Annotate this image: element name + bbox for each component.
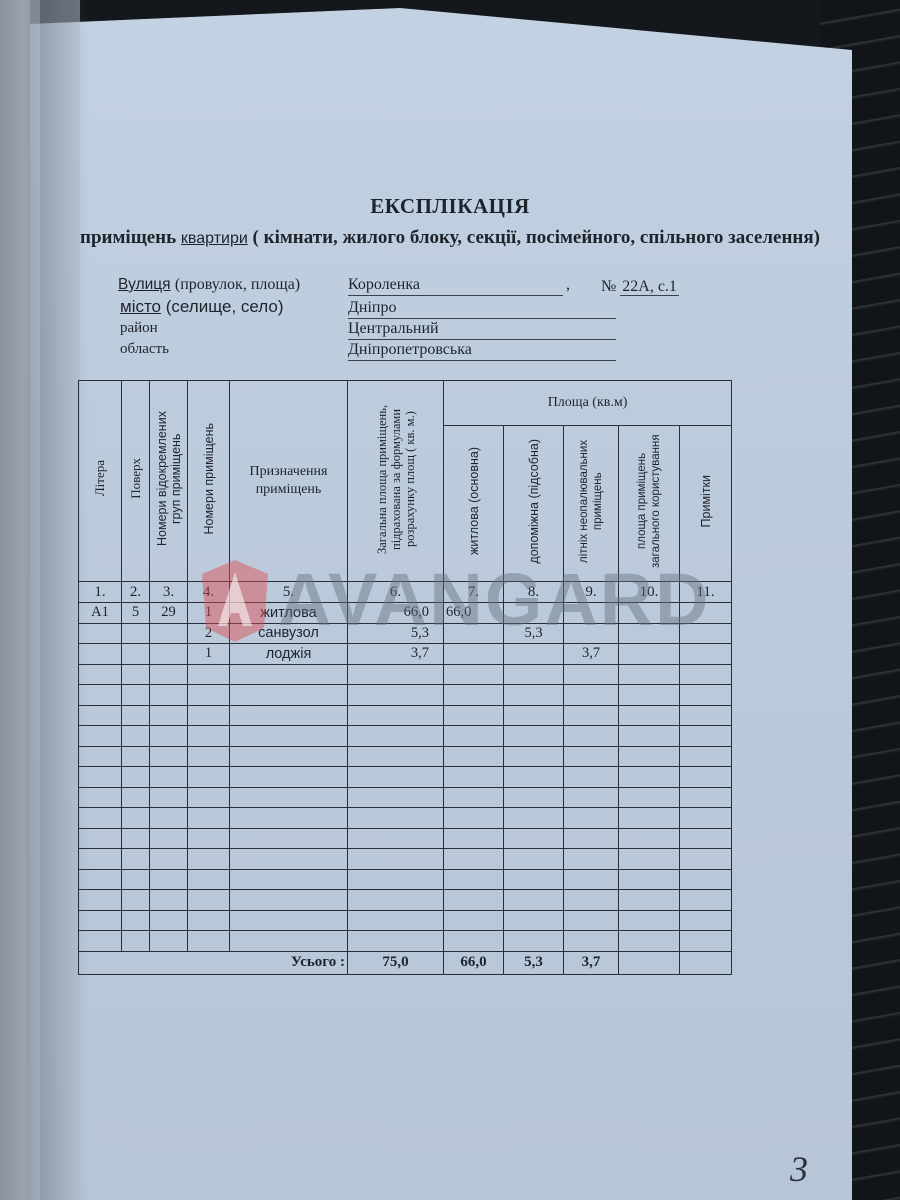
table-row-empty (79, 685, 732, 706)
table-row-empty (79, 849, 732, 870)
cell-litera (79, 623, 122, 644)
cell-empty (564, 931, 619, 952)
cell-empty (79, 726, 122, 747)
cell-notes (680, 644, 732, 665)
table-row: 1лоджія3,73,7 (79, 644, 732, 665)
cell-empty (230, 685, 348, 706)
cell-empty (230, 931, 348, 952)
column-number: 1. (79, 582, 122, 603)
cell-empty (122, 808, 150, 829)
totals-summer: 3,7 (564, 951, 619, 974)
cell-empty (444, 828, 504, 849)
cell-empty (188, 808, 230, 829)
cell-empty (619, 910, 680, 931)
cell-empty (150, 767, 188, 788)
cell-empty (230, 787, 348, 808)
cell-empty (79, 664, 122, 685)
cell-empty (150, 931, 188, 952)
cell-empty (504, 726, 564, 747)
cell-empty (680, 869, 732, 890)
cell-empty (564, 746, 619, 767)
cell-empty (444, 808, 504, 829)
table-row-empty (79, 869, 732, 890)
column-number: 5. (230, 582, 348, 603)
cell-empty (348, 746, 444, 767)
cell-empty (150, 664, 188, 685)
cell-empty (150, 890, 188, 911)
cell-empty (188, 890, 230, 911)
cell-empty (230, 767, 348, 788)
cell-empty (619, 890, 680, 911)
cell-empty (504, 787, 564, 808)
header-total-area: Загальна площа приміщень, підрахована за… (348, 381, 444, 582)
cell-empty (564, 869, 619, 890)
cell-empty (188, 787, 230, 808)
cell-empty (150, 705, 188, 726)
header-common: площа приміщень загального користування (619, 426, 680, 582)
totals-common (619, 951, 680, 974)
totals-notes (680, 951, 732, 974)
cell-empty (564, 910, 619, 931)
totals-label: Усього : (79, 951, 348, 974)
cell-empty (79, 910, 122, 931)
cell-empty (564, 828, 619, 849)
header-rooms: Номери приміщень (188, 381, 230, 582)
cell-empty (504, 869, 564, 890)
cell-empty (150, 787, 188, 808)
cell-summer: 3,7 (564, 644, 619, 665)
cell-empty (504, 808, 564, 829)
cell-empty (230, 664, 348, 685)
cell-summer (564, 603, 619, 624)
cell-empty (680, 808, 732, 829)
cell-aux (504, 644, 564, 665)
number-value: 22А, с.1 (620, 278, 679, 296)
cell-empty (504, 746, 564, 767)
cell-empty (188, 664, 230, 685)
cell-empty (122, 767, 150, 788)
cell-empty (188, 746, 230, 767)
totals-row: Усього :75,066,05,33,7 (79, 951, 732, 974)
cell-empty (564, 808, 619, 829)
cell-empty (444, 787, 504, 808)
cell-common (619, 623, 680, 644)
header-purpose: Призначення приміщень (230, 381, 348, 582)
cell-purpose: санвузол (230, 623, 348, 644)
column-number: 3. (150, 582, 188, 603)
cell-empty (230, 808, 348, 829)
cell-living: 66,0 (444, 603, 504, 624)
table-row-empty (79, 746, 732, 767)
cell-empty (150, 726, 188, 747)
cell-empty (619, 664, 680, 685)
cell-empty (564, 705, 619, 726)
cell-empty (188, 705, 230, 726)
cell-empty (79, 685, 122, 706)
street-label: Вулиця (провулок, площа) (118, 276, 300, 294)
cell-empty (680, 664, 732, 685)
cell-aux (504, 603, 564, 624)
cell-empty (504, 828, 564, 849)
cell-aux: 5,3 (504, 623, 564, 644)
column-number: 7. (444, 582, 504, 603)
cell-empty (79, 787, 122, 808)
cell-empty (504, 931, 564, 952)
cell-empty (680, 746, 732, 767)
subtitle-prefix: приміщень (80, 227, 176, 248)
table-row-empty (79, 767, 732, 788)
city-label: місто (селище, село) (120, 297, 284, 317)
table-row: 2санвузол5,35,3 (79, 623, 732, 644)
cell-empty (122, 890, 150, 911)
explication-table: Літера Поверх Номери відокремлених груп … (78, 380, 732, 975)
cell-floor (122, 644, 150, 665)
cell-empty (348, 808, 444, 829)
cell-empty (348, 705, 444, 726)
subtitle-rest: ( кімнати, жилого блоку, секції, посімей… (253, 227, 820, 248)
cell-empty (79, 931, 122, 952)
cell-empty (348, 890, 444, 911)
totals-aux: 5,3 (504, 951, 564, 974)
table-row-empty (79, 828, 732, 849)
table-row-empty (79, 726, 732, 747)
cell-empty (680, 787, 732, 808)
totals-total: 75,0 (348, 951, 444, 974)
number-label: № (601, 278, 616, 295)
cell-empty (444, 685, 504, 706)
cell-empty (348, 664, 444, 685)
cell-empty (444, 767, 504, 788)
cell-empty (188, 685, 230, 706)
cell-empty (504, 664, 564, 685)
cell-empty (444, 705, 504, 726)
cell-empty (188, 828, 230, 849)
cell-empty (680, 890, 732, 911)
table-row-empty (79, 808, 732, 829)
cell-empty (348, 726, 444, 747)
cell-room: 2 (188, 623, 230, 644)
cell-empty (150, 869, 188, 890)
handwritten-page-number: 3 (790, 1148, 808, 1190)
cell-empty (564, 685, 619, 706)
cell-empty (619, 705, 680, 726)
cell-room: 1 (188, 644, 230, 665)
cell-empty (619, 685, 680, 706)
table-row-empty (79, 890, 732, 911)
cell-empty (680, 910, 732, 931)
district-value: Центральний (348, 320, 616, 340)
cell-summer (564, 623, 619, 644)
street-label-rest: (провулок, площа) (175, 276, 300, 293)
cell-empty (122, 931, 150, 952)
cell-empty (619, 869, 680, 890)
cell-empty (122, 746, 150, 767)
cell-litera: А1 (79, 603, 122, 624)
cell-empty (564, 890, 619, 911)
cell-empty (150, 849, 188, 870)
cell-empty (150, 685, 188, 706)
table-row-empty (79, 910, 732, 931)
cell-empty (79, 849, 122, 870)
cell-empty (680, 849, 732, 870)
cell-empty (444, 869, 504, 890)
cell-empty (564, 849, 619, 870)
cell-empty (79, 828, 122, 849)
cell-empty (122, 726, 150, 747)
cell-empty (564, 767, 619, 788)
cell-empty (348, 910, 444, 931)
cell-living (444, 644, 504, 665)
cell-group: 29 (150, 603, 188, 624)
column-number: 6. (348, 582, 444, 603)
cell-empty (230, 746, 348, 767)
header-summer: літніх неопалювальних приміщень (564, 426, 619, 582)
header-groups: Номери відокремлених груп приміщень (150, 381, 188, 582)
city-label-main: місто (120, 297, 161, 316)
column-number: 9. (564, 582, 619, 603)
street-comma: , (566, 276, 570, 294)
document-title: ЕКСПЛІКАЦІЯ (0, 194, 900, 219)
cell-empty (230, 726, 348, 747)
cell-common (619, 644, 680, 665)
header-area-group: Площа (кв.м) (444, 381, 732, 426)
cell-empty (122, 685, 150, 706)
cell-empty (188, 910, 230, 931)
cell-empty (348, 849, 444, 870)
cell-group (150, 623, 188, 644)
cell-empty (444, 931, 504, 952)
cell-empty (348, 685, 444, 706)
cell-empty (150, 808, 188, 829)
table-row-empty (79, 787, 732, 808)
cell-empty (79, 869, 122, 890)
cell-empty (122, 787, 150, 808)
cell-empty (79, 890, 122, 911)
cell-empty (504, 767, 564, 788)
cell-empty (619, 767, 680, 788)
cell-empty (348, 828, 444, 849)
column-number: 2. (122, 582, 150, 603)
cell-empty (79, 808, 122, 829)
column-number: 10. (619, 582, 680, 603)
cell-litera (79, 644, 122, 665)
cell-empty (348, 787, 444, 808)
cell-empty (619, 828, 680, 849)
cell-empty (150, 828, 188, 849)
cell-empty (444, 664, 504, 685)
header-floor: Поверх (122, 381, 150, 582)
cell-empty (444, 849, 504, 870)
cell-empty (619, 931, 680, 952)
region-value: Дніпропетровська (348, 341, 616, 361)
district-label: район (120, 320, 158, 337)
column-number: 8. (504, 582, 564, 603)
cell-empty (619, 746, 680, 767)
cell-empty (230, 890, 348, 911)
cell-empty (504, 849, 564, 870)
table-row-empty (79, 931, 732, 952)
city-label-rest: (селище, село) (166, 297, 284, 316)
cell-empty (444, 746, 504, 767)
cell-empty (504, 910, 564, 931)
cell-empty (230, 705, 348, 726)
cell-empty (504, 705, 564, 726)
cell-empty (564, 787, 619, 808)
cell-empty (79, 746, 122, 767)
cell-empty (188, 726, 230, 747)
cell-empty (680, 685, 732, 706)
header-auxiliary: допоміжна (підсобна) (504, 426, 564, 582)
cell-empty (188, 869, 230, 890)
cell-empty (348, 931, 444, 952)
column-number-row: 1.2.3.4.5.6.7.8.9.10.11. (79, 582, 732, 603)
header-litera: Літера (79, 381, 122, 582)
cell-empty (680, 705, 732, 726)
table-row: А15291житлова66,066,0 (79, 603, 732, 624)
cell-empty (619, 787, 680, 808)
cell-empty (79, 767, 122, 788)
cell-empty (348, 767, 444, 788)
cell-empty (188, 767, 230, 788)
cell-empty (122, 664, 150, 685)
cell-empty (348, 869, 444, 890)
cell-empty (680, 931, 732, 952)
street-label-main: Вулиця (118, 276, 171, 293)
building-number: № 22А, с.1 (601, 278, 679, 296)
cell-total: 3,7 (348, 644, 444, 665)
column-number: 4. (188, 582, 230, 603)
table-row-empty (79, 705, 732, 726)
cell-empty (619, 726, 680, 747)
cell-empty (188, 931, 230, 952)
cell-purpose: житлова (230, 603, 348, 624)
street-value: Короленка (348, 276, 563, 296)
document-subtitle: приміщень квартири ( кімнати, жилого бло… (80, 226, 820, 251)
cell-empty (230, 828, 348, 849)
cell-common (619, 603, 680, 624)
cell-empty (79, 705, 122, 726)
header-living: житлова (основна) (444, 426, 504, 582)
cell-purpose: лоджія (230, 644, 348, 665)
column-number: 11. (680, 582, 732, 603)
cell-empty (619, 849, 680, 870)
cell-empty (564, 726, 619, 747)
cell-empty (444, 890, 504, 911)
cell-empty (564, 664, 619, 685)
cell-notes (680, 623, 732, 644)
cell-floor (122, 623, 150, 644)
cell-empty (504, 890, 564, 911)
cell-group (150, 644, 188, 665)
table-row-empty (79, 664, 732, 685)
cell-empty (444, 726, 504, 747)
cell-total: 5,3 (348, 623, 444, 644)
subtitle-underlined: квартири (181, 230, 248, 247)
cell-notes (680, 603, 732, 624)
region-label: область (120, 341, 169, 358)
cell-empty (680, 828, 732, 849)
cell-empty (150, 746, 188, 767)
cell-empty (122, 705, 150, 726)
cell-total: 66,0 (348, 603, 444, 624)
cell-living (444, 623, 504, 644)
cell-empty (122, 849, 150, 870)
cell-empty (680, 767, 732, 788)
header-notes-col: Примітки (680, 426, 732, 582)
cell-empty (230, 849, 348, 870)
cell-empty (230, 910, 348, 931)
cell-empty (122, 828, 150, 849)
cell-empty (680, 726, 732, 747)
cell-empty (122, 910, 150, 931)
cell-empty (122, 869, 150, 890)
cell-empty (188, 849, 230, 870)
cell-room: 1 (188, 603, 230, 624)
city-value: Дніпро (348, 299, 616, 319)
cell-floor: 5 (122, 603, 150, 624)
cell-empty (444, 910, 504, 931)
totals-living: 66,0 (444, 951, 504, 974)
cell-empty (150, 910, 188, 931)
cell-empty (230, 869, 348, 890)
cell-empty (504, 685, 564, 706)
cell-empty (619, 808, 680, 829)
